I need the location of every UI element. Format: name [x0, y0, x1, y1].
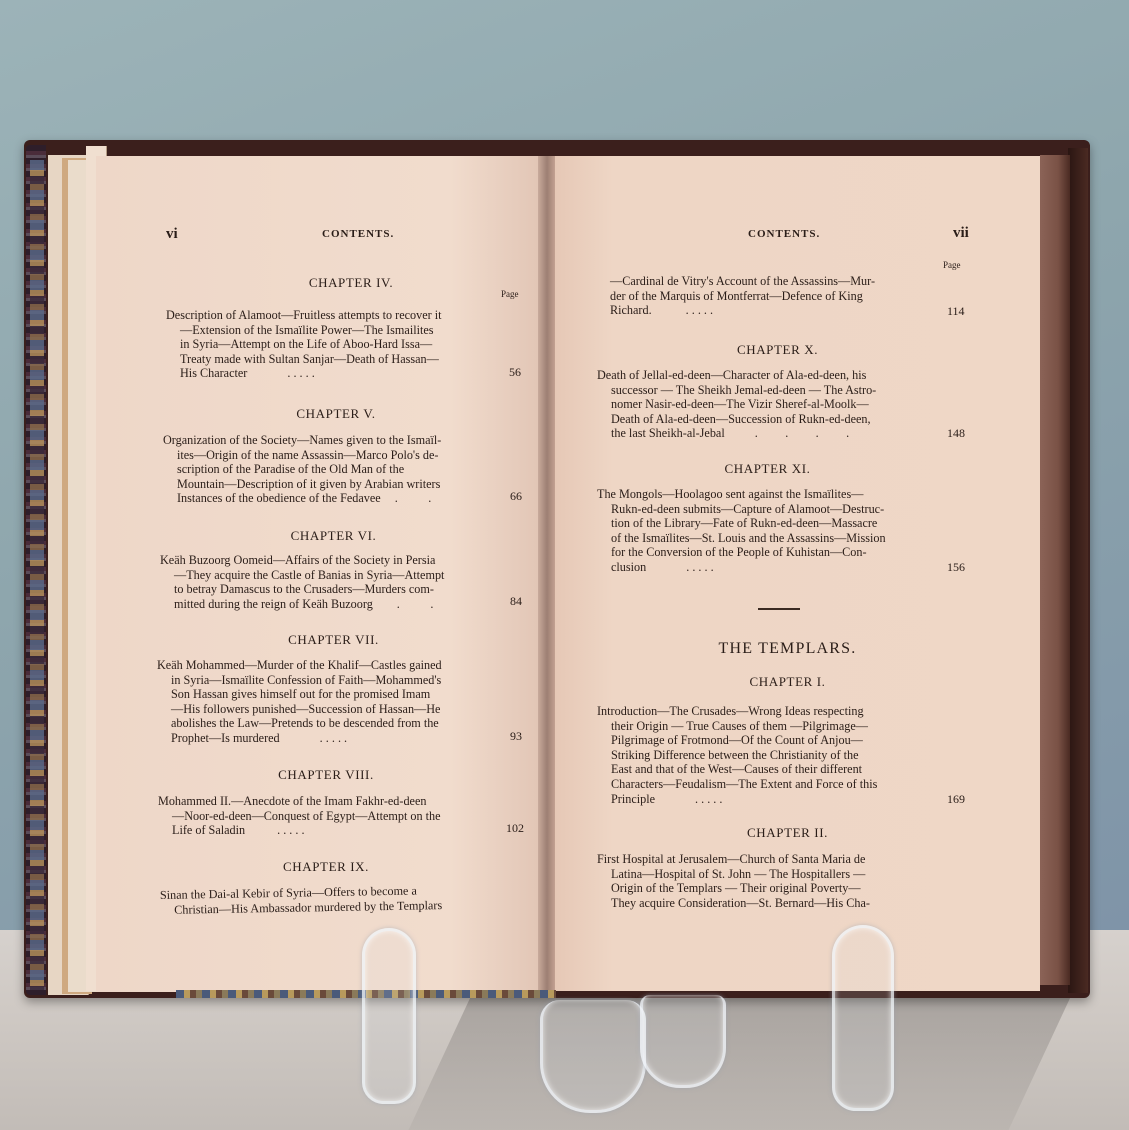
leader-dots: . . . . . [247, 366, 314, 380]
toc-page-number: 156 [947, 560, 965, 575]
page-block-edge [1040, 155, 1070, 985]
toc-page-number: 102 [506, 821, 524, 836]
book-stand-base [640, 995, 726, 1088]
chapter-heading: CHAPTER VI. [166, 528, 501, 544]
toc-entry: Introduction—The Crusades—Wrong Ideas re… [597, 704, 942, 806]
chapter-heading: CHAPTER IX. [156, 859, 496, 875]
toc-page-number: 169 [947, 792, 965, 807]
book-gutter [538, 156, 556, 992]
toc-entry: Mohammed II.—Anecdote of the Imam Fakhr-… [158, 794, 503, 838]
toc-entry: The Mongols—Hoolagoo sent against the Is… [597, 487, 942, 575]
chapter-heading: CHAPTER VII. [166, 632, 501, 648]
toc-page-number: 114 [947, 304, 965, 319]
left-page: vi CONTENTS. CHAPTER IV. Page Descriptio… [96, 156, 539, 992]
toc-entry: First Hospital at Jerusalem—Church of Sa… [597, 852, 942, 910]
page-column-label: Page [943, 260, 961, 270]
toc-page-number: 148 [947, 426, 965, 441]
toc-entry: Organization of the Society—Names given … [163, 433, 503, 506]
toc-entry: Description of Alamoot—Fruitless attempt… [166, 308, 501, 381]
cover-right-edge [1068, 148, 1088, 993]
section-divider-rule [758, 608, 800, 610]
toc-entry-continuation: —Cardinal de Vitry's Account of the Assa… [610, 274, 950, 318]
running-head: CONTENTS. [322, 228, 394, 240]
stand-shadow [409, 995, 1072, 1130]
toc-page-number: 66 [510, 489, 522, 504]
book-stand-arm-left [362, 928, 416, 1104]
book-stand-arm-right [832, 925, 894, 1111]
book-stand-base [540, 1000, 646, 1113]
toc-entry: Sinan the Dai-al Kebir of Syria—Offers t… [160, 882, 505, 917]
chapter-heading: CHAPTER IV. [166, 275, 536, 291]
chapter-heading: CHAPTER I. [595, 674, 980, 690]
right-page: CONTENTS. vii Page —Cardinal de Vitry's … [555, 156, 1040, 991]
toc-entry: Death of Jellal-ed-deen—Character of Ala… [597, 368, 942, 441]
chapter-heading: CHAPTER X. [595, 342, 960, 358]
toc-page-number: 93 [510, 729, 522, 744]
page-folio: vii [953, 225, 969, 242]
toc-entry: Keäh Mohammed—Murder of the Khalif—Castl… [157, 658, 502, 746]
page-column-label: Page [501, 289, 519, 299]
chapter-heading: CHAPTER XI. [595, 461, 940, 477]
toc-page-number: 56 [509, 365, 521, 380]
running-head: CONTENTS. [748, 228, 820, 240]
marbled-edge-left [30, 160, 44, 990]
chapter-heading: CHAPTER II. [595, 825, 980, 841]
toc-page-number: 84 [510, 594, 522, 609]
toc-entry: Keäh Buzoorg Oomeid—Affairs of the Socie… [160, 553, 500, 611]
page-folio: vi [166, 226, 178, 243]
chapter-heading: CHAPTER V. [166, 406, 506, 422]
chapter-heading: CHAPTER VIII. [156, 767, 496, 783]
part-title: THE TEMPLARS. [595, 640, 980, 658]
